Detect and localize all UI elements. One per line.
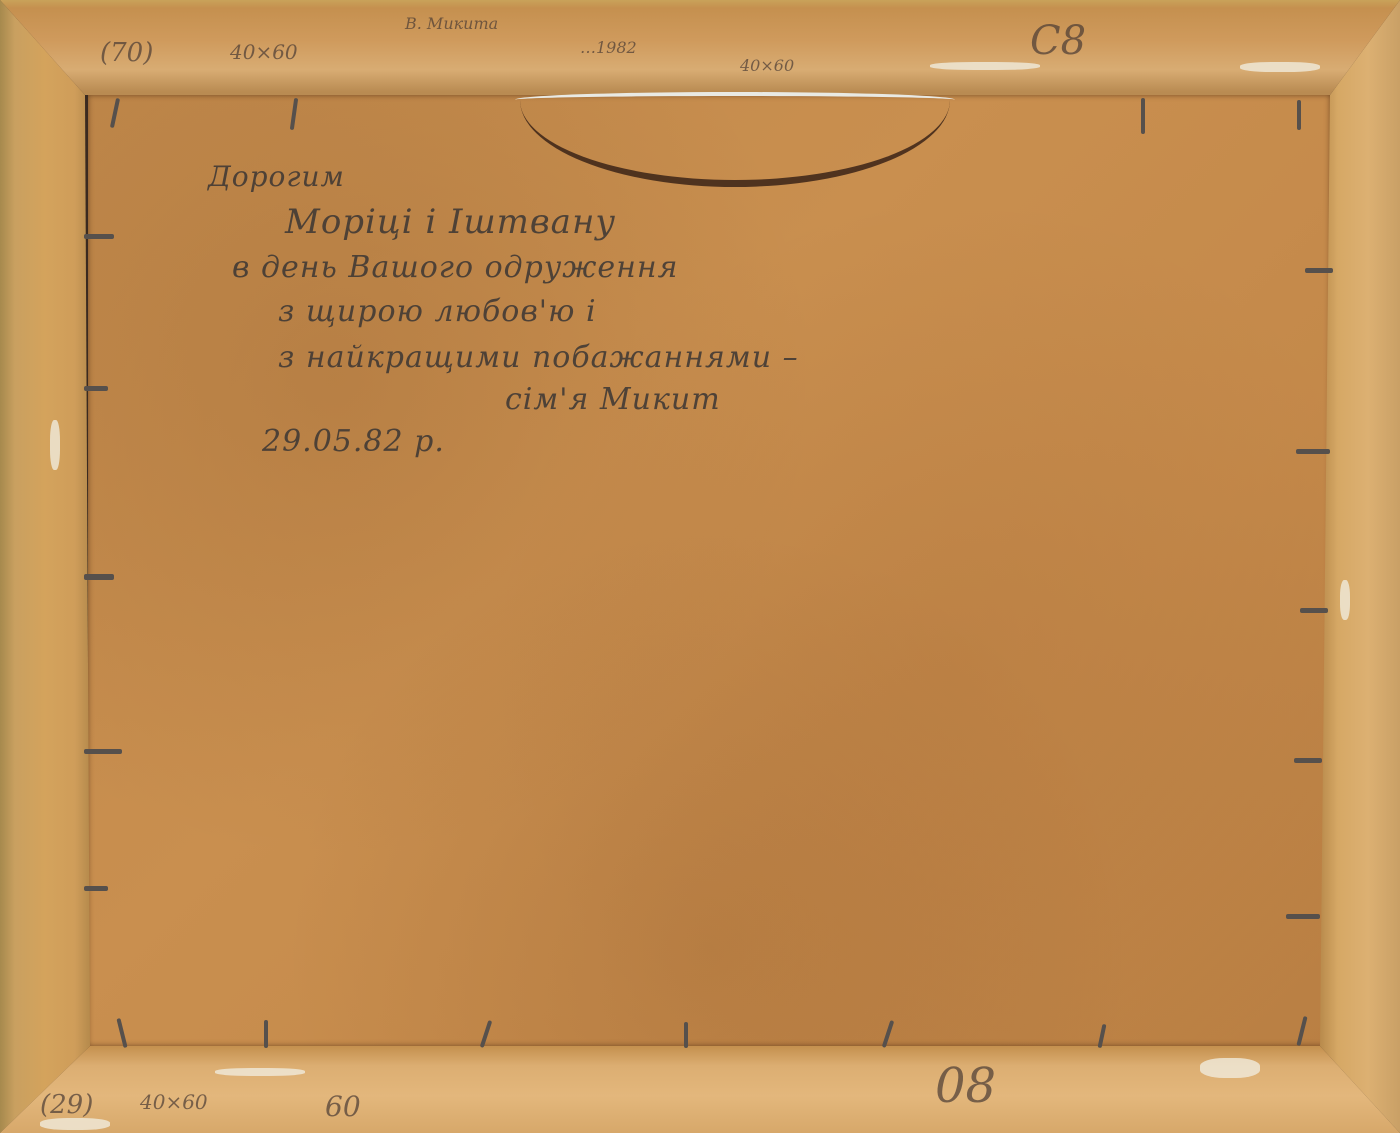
paint-fleck xyxy=(1340,580,1350,620)
inscription-line-4: з щирою любов'ю і xyxy=(278,294,597,329)
paint-fleck xyxy=(930,62,1040,70)
inscription-line-1: Дорогим xyxy=(208,160,345,193)
nail-icon xyxy=(264,1020,268,1048)
frame-rail-left xyxy=(0,0,92,1133)
frame-note-bottom-mark-2: 08 xyxy=(935,1058,996,1114)
inscription-date: 29.05.82 р. xyxy=(262,424,445,459)
frame-note-top-left: (70) xyxy=(100,38,153,68)
nail-icon xyxy=(84,574,114,580)
frame-rail-top xyxy=(0,0,1400,95)
frame-note-bottom-size: 40×60 xyxy=(140,1090,208,1114)
paint-fleck xyxy=(1200,1058,1260,1078)
frame-note-bottom-left: (29) xyxy=(40,1090,93,1120)
frame-note-top-right-text: …1982 xyxy=(580,38,637,57)
frame-rail-right xyxy=(1318,0,1400,1133)
frame-note-bottom-mark-1: 60 xyxy=(325,1090,361,1123)
nail-icon xyxy=(84,886,108,891)
frame-note-top-mark: C8 xyxy=(1030,18,1086,64)
paint-fleck xyxy=(50,420,60,470)
frame-rail-bottom xyxy=(0,1046,1400,1133)
inscription-line-5: з найкращими побажаннями – xyxy=(278,340,799,375)
nail-icon xyxy=(84,234,114,239)
inscription-line-6: сім'я Микит xyxy=(505,382,721,417)
inscription-line-3: в день Вашого одруження xyxy=(232,250,679,285)
hanging-wire xyxy=(515,92,955,118)
nail-icon xyxy=(1305,268,1333,273)
frame-note-top-right-size: 40×60 xyxy=(740,56,794,75)
paint-fleck xyxy=(215,1068,305,1076)
nail-icon xyxy=(84,749,122,754)
nail-icon xyxy=(84,386,108,391)
nail-icon xyxy=(1286,914,1320,919)
nail-icon xyxy=(1141,98,1145,134)
nail-icon xyxy=(1300,608,1328,613)
nail-icon xyxy=(1294,758,1322,763)
frame-note-top-author: В. Микита xyxy=(405,14,498,33)
hardboard-backing xyxy=(88,95,1330,1046)
inscription-line-2: Моріці і Іштвану xyxy=(285,202,616,242)
picture-frame-back: Дорогим Моріці і Іштвану в день Вашого о… xyxy=(0,0,1400,1133)
paint-fleck xyxy=(1240,62,1320,72)
nail-icon xyxy=(1296,449,1330,454)
nail-icon xyxy=(1297,100,1301,130)
frame-note-top-size: 40×60 xyxy=(230,40,298,64)
nail-icon xyxy=(684,1022,688,1048)
